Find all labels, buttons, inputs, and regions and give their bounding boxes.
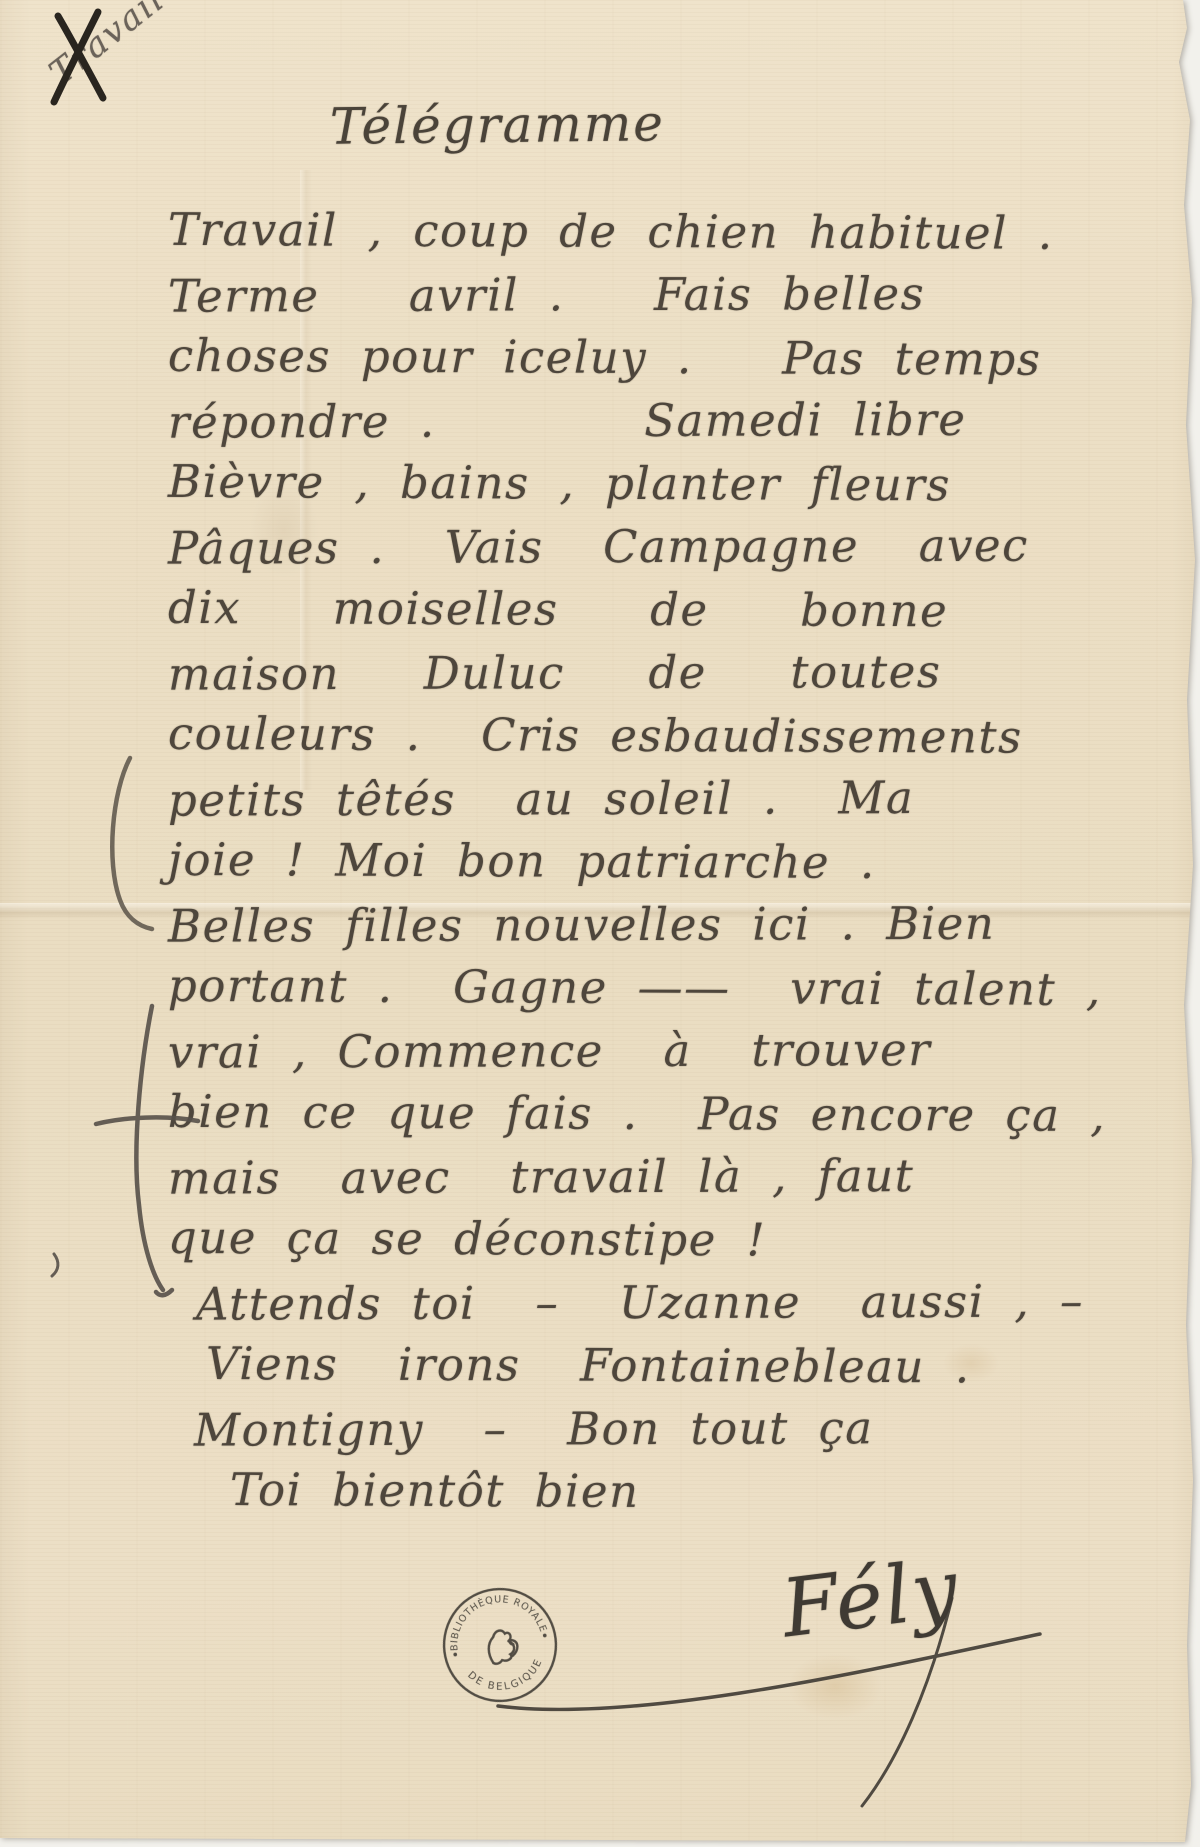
- letter-line: couleurs . Cris esbaudissements: [168, 702, 1128, 769]
- letter-line: petits têtés au soleil . Ma: [168, 765, 1128, 831]
- letter-line: Bièvre , bains , planter fleurs: [168, 450, 1128, 517]
- stamp-text-top: BIBLIOTHÈQUE ROYALE: [440, 1583, 549, 1653]
- letter-line: Montigny – Bon tout ça: [194, 1395, 1128, 1461]
- letter-line: dix moiselles de bonne: [168, 576, 1128, 643]
- stamp-dot: [453, 1652, 457, 1656]
- letter-line: maison Duluc de toutes: [168, 639, 1128, 705]
- letter-line: mais avec travail là , faut: [168, 1143, 1128, 1209]
- paper-wrapper: Travail Télégramme Travail , coup de chi…: [0, 0, 1200, 1847]
- letter-line: bien ce que fais . Pas encore ça ,: [168, 1080, 1128, 1147]
- stamp-text-top-holder: BIBLIOTHÈQUE ROYALE: [440, 1583, 549, 1653]
- scanned-letter: Travail Télégramme Travail , coup de chi…: [0, 0, 1200, 1847]
- letter-line: Pâques . Vais Campagne avec: [168, 513, 1128, 579]
- letter-body: Travail , coup de chien habituel . Terme…: [168, 200, 1128, 1523]
- letter-line: Belles filles nouvelles ici . Bien: [168, 891, 1128, 957]
- letter-line: Attends toi – Uzanne aussi , –: [196, 1269, 1128, 1335]
- letter-line: Toi bientôt bien: [230, 1458, 1128, 1525]
- library-stamp: BIBLIOTHÈQUE ROYALE DE BELGIQUE: [429, 1574, 571, 1716]
- travail-annotation: Travail: [42, 0, 173, 94]
- letter-paper: Travail Télégramme Travail , coup de chi…: [0, 0, 1200, 1847]
- letter-line: Viens irons Fontainebleau .: [206, 1332, 1128, 1399]
- signature: Fély: [777, 1542, 964, 1656]
- lion-icon: [485, 1628, 520, 1665]
- letter-line: Travail , coup de chien habituel .: [168, 198, 1128, 265]
- letter-line: choses pour iceluy . Pas temps: [168, 324, 1128, 391]
- letter-line: vrai , Commence à trouver: [168, 1017, 1128, 1083]
- letter-line: joie ! Moi bon patriarche .: [168, 828, 1128, 895]
- letter-line: portant . Gagne —— vrai talent ,: [168, 954, 1128, 1021]
- letter-line: Terme avril . Fais belles: [168, 261, 1128, 327]
- letter-line: que ça se déconstipe !: [168, 1206, 1128, 1273]
- letter-title: Télégramme: [330, 94, 665, 156]
- stamp-dot: [543, 1633, 547, 1637]
- margin-bracket: [112, 758, 152, 929]
- letter-line: répondre . Samedi libre: [168, 387, 1128, 453]
